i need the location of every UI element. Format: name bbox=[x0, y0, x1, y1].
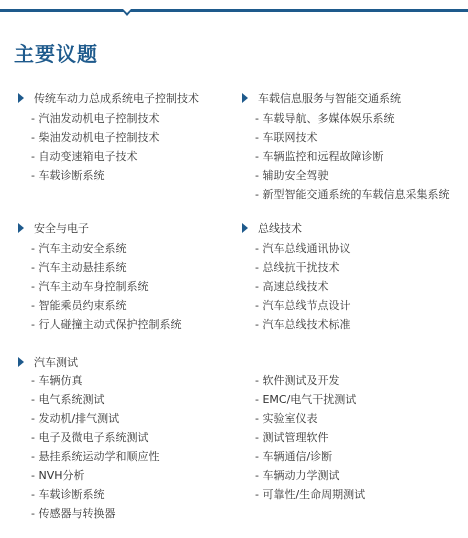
list-item: 新型智能交通系统的车载信息采集系统 bbox=[255, 185, 449, 204]
list-item: 车辆仿真 bbox=[31, 371, 159, 390]
section-bus: 总线技术 汽车总线通讯协议 总线抗干扰技术 高速总线技术 汽车总线节点设计 汽车… bbox=[242, 219, 350, 334]
page-title: 主要议题 bbox=[14, 38, 98, 67]
section-safety: 安全与电子 汽车主动安全系统 汽车主动悬挂系统 汽车主动车身控制系统 智能乘员约… bbox=[18, 219, 181, 334]
section-title: 总线技术 bbox=[258, 220, 302, 236]
list-item: 车联网技术 bbox=[255, 128, 449, 147]
list-item: 发动机/排气测试 bbox=[31, 409, 159, 428]
section-title: 安全与电子 bbox=[34, 220, 89, 236]
list-item: 辅助安全驾驶 bbox=[255, 166, 449, 185]
list-item: 智能乘员约束系统 bbox=[31, 296, 181, 315]
section-testing-continued: 软件测试及开发 EMC/电气干扰测试 实验室仪表 测试管理软件 车辆通信/诊断 … bbox=[242, 371, 365, 504]
list-item: 自动变速箱电子技术 bbox=[31, 147, 199, 166]
list-item: 电子及微电子系统测试 bbox=[31, 428, 159, 447]
list-item: 汽车主动悬挂系统 bbox=[31, 258, 181, 277]
list-item: 行人碰撞主动式保护控制系统 bbox=[31, 315, 181, 334]
list-item: 汽车总线节点设计 bbox=[255, 296, 350, 315]
section-telematics: 车载信息服务与智能交通系统 车载导航、多媒体娱乐系统 车联网技术 车辆监控和远程… bbox=[242, 89, 449, 204]
triangle-bullet-icon bbox=[242, 93, 248, 103]
list-item: 车辆动力学测试 bbox=[255, 466, 365, 485]
list-item: 汽车主动安全系统 bbox=[31, 239, 181, 258]
list-item: 汽车总线通讯协议 bbox=[255, 239, 350, 258]
list-item: EMC/电气干扰测试 bbox=[255, 390, 365, 409]
top-divider bbox=[0, 9, 468, 12]
list-item: 可靠性/生命周期测试 bbox=[255, 485, 365, 504]
list-item: 汽油发动机电子控制技术 bbox=[31, 109, 199, 128]
list-item: 高速总线技术 bbox=[255, 277, 350, 296]
list-item: 车载诊断系统 bbox=[31, 485, 159, 504]
list-item: 车载导航、多媒体娱乐系统 bbox=[255, 109, 449, 128]
list-item: 汽车主动车身控制系统 bbox=[31, 277, 181, 296]
list-item: 软件测试及开发 bbox=[255, 371, 365, 390]
list-item: 车辆监控和远程故障诊断 bbox=[255, 147, 449, 166]
list-item: 实验室仪表 bbox=[255, 409, 365, 428]
section-testing: 汽车测试 车辆仿真 电气系统测试 发动机/排气测试 电子及微电子系统测试 悬挂系… bbox=[18, 353, 159, 523]
section-title: 传统车动力总成系统电子控制技术 bbox=[34, 90, 199, 106]
triangle-bullet-icon bbox=[18, 223, 24, 233]
list-item: 总线抗干扰技术 bbox=[255, 258, 350, 277]
list-item: 汽车总线技术标准 bbox=[255, 315, 350, 334]
triangle-bullet-icon bbox=[18, 93, 24, 103]
list-item: 电气系统测试 bbox=[31, 390, 159, 409]
list-item: 车载诊断系统 bbox=[31, 166, 199, 185]
divider-notch-inner bbox=[123, 9, 131, 13]
list-item: 车辆通信/诊断 bbox=[255, 447, 365, 466]
list-item: NVH分析 bbox=[31, 466, 159, 485]
section-title: 汽车测试 bbox=[34, 354, 78, 370]
list-item: 测试管理软件 bbox=[255, 428, 365, 447]
triangle-bullet-icon bbox=[18, 357, 24, 367]
section-powertrain: 传统车动力总成系统电子控制技术 汽油发动机电子控制技术 柴油发动机电子控制技术 … bbox=[18, 89, 199, 185]
list-item: 悬挂系统运动学和顺应性 bbox=[31, 447, 159, 466]
list-item: 传感器与转换器 bbox=[31, 504, 159, 523]
list-item: 柴油发动机电子控制技术 bbox=[31, 128, 199, 147]
triangle-bullet-icon bbox=[242, 223, 248, 233]
section-title: 车载信息服务与智能交通系统 bbox=[258, 90, 401, 106]
